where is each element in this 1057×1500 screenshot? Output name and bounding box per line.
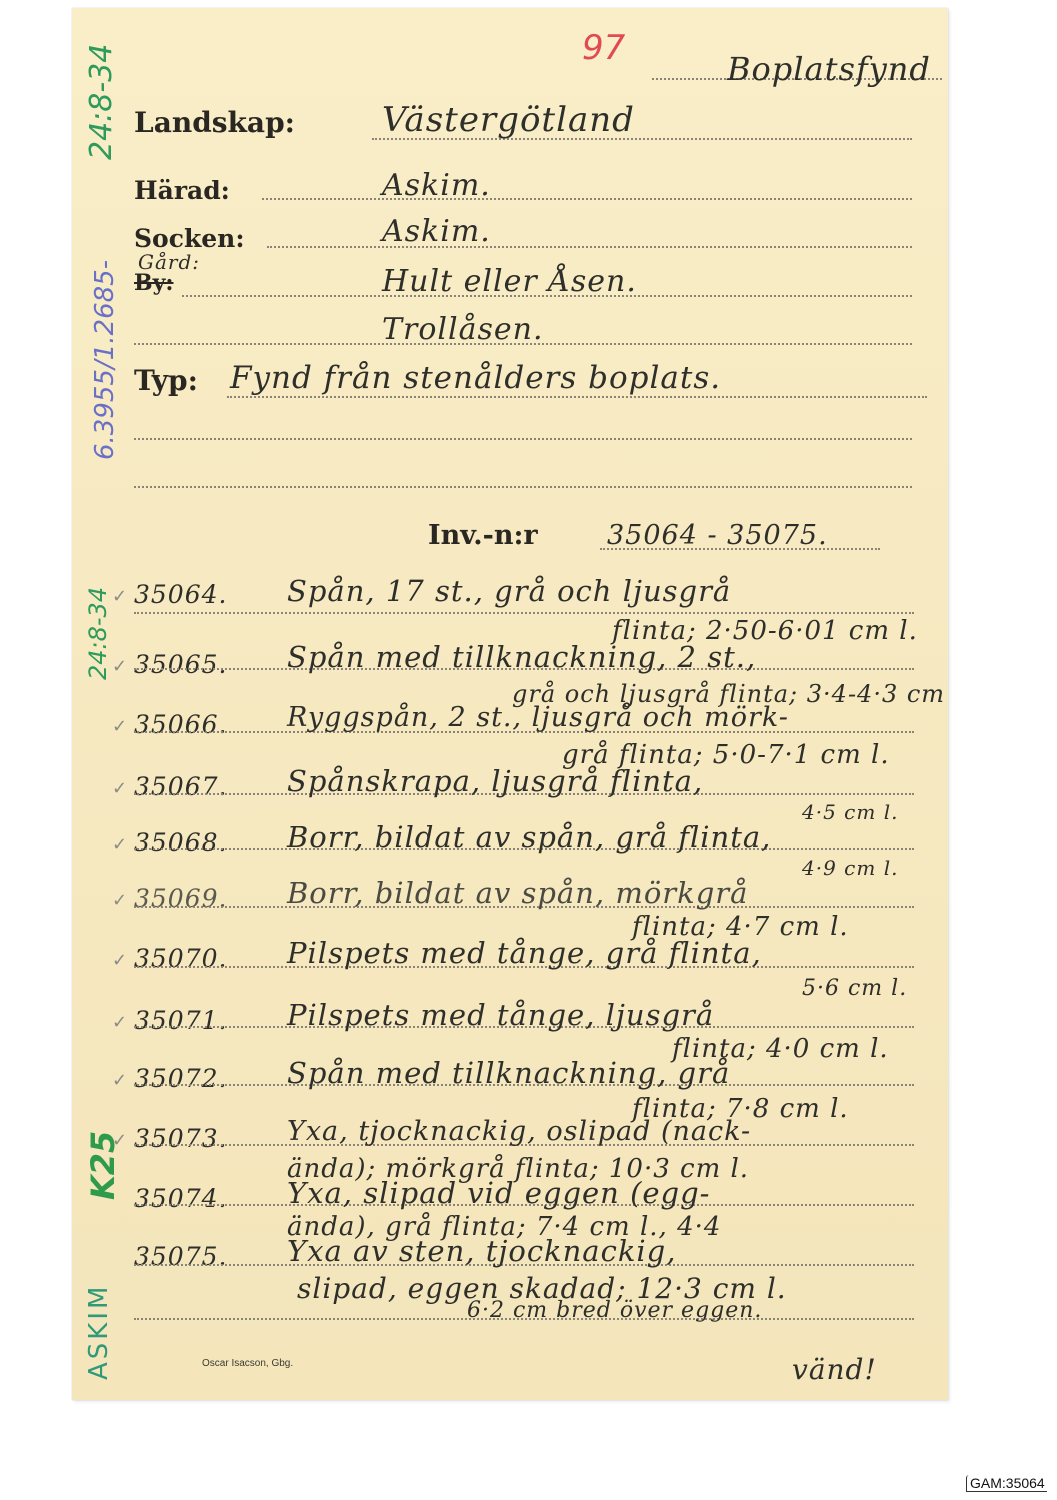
- checkmark-icon: ✓: [112, 656, 127, 677]
- gard-value: Hult eller Åsen.: [382, 264, 637, 299]
- harad-line: [262, 198, 912, 200]
- margin-green-k-number: K25: [84, 1131, 122, 1200]
- blank-line-1: [134, 438, 912, 440]
- category: Boplatsfynd: [727, 50, 931, 88]
- entry-line2: 4·5 cm l.: [802, 800, 898, 824]
- checkmark-icon: ✓: [112, 586, 127, 607]
- checkmark-icon: ✓: [112, 950, 127, 971]
- entry-number: 35072.: [134, 1064, 227, 1093]
- typ-label: Typ:: [134, 364, 198, 397]
- typ-value: Fynd från stenålders boplats.: [230, 360, 721, 396]
- entry-number: 35069.: [134, 884, 227, 913]
- socken-value: Askim.: [382, 214, 491, 249]
- turn-over-note: vänd!: [792, 1353, 877, 1386]
- entry-line1: Spån med tillknackning, 2 st.,: [287, 640, 756, 674]
- entry-line3: 6·2 cm bred över eggen.: [467, 1298, 762, 1323]
- place-value: Trollåsen.: [382, 312, 544, 347]
- checkmark-icon: ✓: [112, 1012, 127, 1033]
- entry-line1: Yxa, slipad vid eggen (egg-: [287, 1176, 710, 1210]
- entry-number: 35067.: [134, 772, 227, 801]
- checkmark-icon: ✓: [112, 778, 127, 799]
- entry-line1: Spån med tillknackning, grå: [287, 1056, 730, 1090]
- socken-line: [267, 246, 912, 248]
- entry-line1: Borr, bildat av spån, grå flinta,: [287, 820, 771, 854]
- entry-line1: Yxa, tjocknackig, oslipad (nack-: [287, 1116, 751, 1147]
- entry-number: 35068.: [134, 828, 227, 857]
- printer-imprint: Oscar Isacson, Gbg.: [202, 1358, 293, 1369]
- by-label-struck: By:: [134, 270, 174, 296]
- entry-number: 35074.: [134, 1184, 227, 1213]
- entry-line: [134, 612, 914, 614]
- entry-number: 35075.: [134, 1242, 227, 1271]
- inventory-range: 35064 - 35075.: [607, 520, 828, 551]
- inventory-label: Inv.-n:r: [428, 520, 538, 551]
- entry-number: 35066.: [134, 710, 227, 739]
- red-catalog-number: 97: [582, 28, 625, 68]
- margin-green-top: 24:8-34: [84, 44, 119, 160]
- checkmark-icon: ✓: [112, 716, 127, 737]
- entry-number: 35070.: [134, 944, 227, 973]
- entry-number: 35065.: [134, 650, 227, 679]
- typ-line: [227, 396, 927, 398]
- catalog-card: 97 Boplatsfynd Landskap: Västergötland H…: [72, 8, 948, 1400]
- archive-id-label: GAM:35064: [966, 1475, 1047, 1492]
- margin-blue-number: 6.3955/1.2685-: [90, 260, 120, 460]
- harad-value: Askim.: [382, 168, 491, 203]
- landskap-label: Landskap:: [134, 106, 295, 139]
- harad-label: Härad:: [134, 176, 230, 205]
- entry-line1: Ryggspån, 2 st., ljusgrå och mörk-: [287, 702, 789, 733]
- blank-line-2: [134, 486, 912, 488]
- landskap-value: Västergötland: [382, 100, 635, 140]
- entry-number: 35073.: [134, 1124, 227, 1153]
- entry-number: 35071.: [134, 1006, 227, 1035]
- margin-green-mid: 24:8-34: [84, 587, 112, 680]
- entry-number: 35064.: [134, 580, 227, 609]
- entry-line2: 4·9 cm l.: [802, 856, 898, 880]
- askim-stamp: ASKIM: [84, 1284, 114, 1380]
- socken-label: Socken:: [134, 224, 245, 253]
- entry-line1: Yxa av sten, tjocknackig,: [287, 1234, 676, 1268]
- checkmark-icon: ✓: [112, 1070, 127, 1091]
- entry-line1: Pilspets med tånge, grå flinta,: [287, 936, 762, 970]
- entry-line1: Spån, 17 st., grå och ljusgrå: [287, 574, 731, 608]
- entry-line1: Borr, bildat av spån, mörkgrå: [287, 876, 748, 910]
- entry-line1: Spånskrapa, ljusgrå flinta,: [287, 764, 703, 798]
- entry-line1: Pilspets med tånge, ljusgrå: [287, 998, 714, 1032]
- checkmark-icon: ✓: [112, 890, 127, 911]
- checkmark-icon: ✓: [112, 834, 127, 855]
- entry-line2: 5·6 cm l.: [802, 976, 907, 1001]
